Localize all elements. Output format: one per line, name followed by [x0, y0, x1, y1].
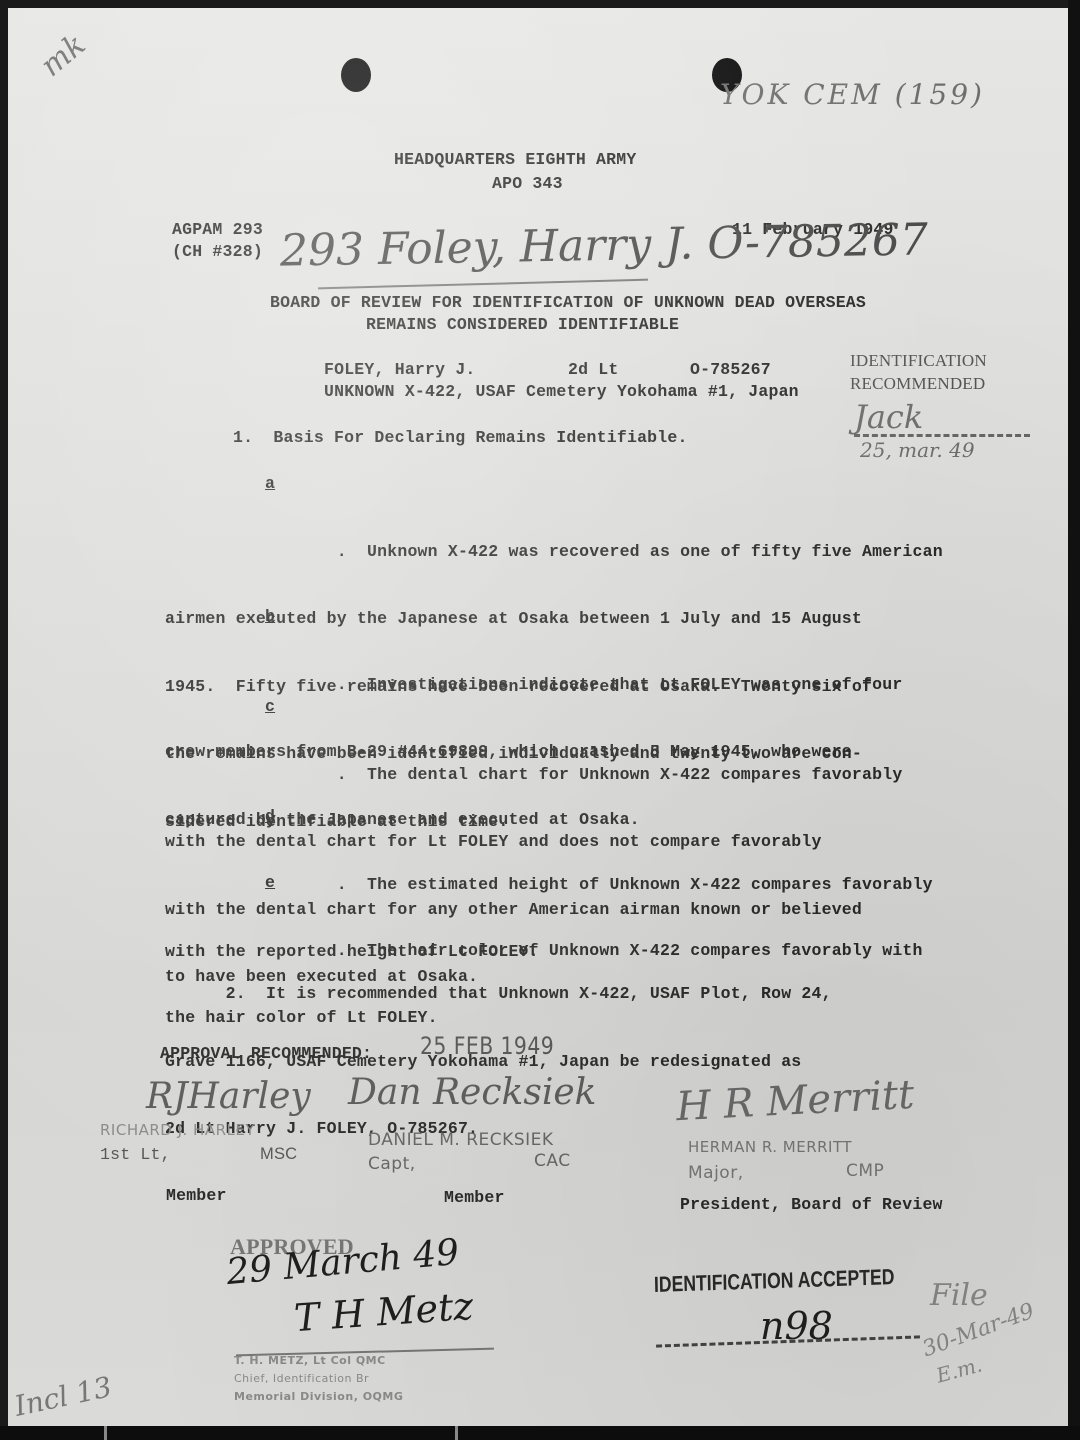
paragraph-e-label: e: [265, 872, 275, 895]
section-2-line: 2. It is recommended that Unknown X-422,…: [165, 983, 832, 1006]
subject-rank: 2d Lt: [568, 360, 619, 379]
approved-signature: T H Metz: [293, 1284, 475, 1340]
scan-border-bottom: [0, 1426, 1080, 1440]
signatory-3-role: President, Board of Review: [680, 1195, 943, 1214]
header-line1: HEADQUARTERS EIGHTH ARMY: [394, 150, 636, 169]
stamp-identification-accepted: IDENTIFICATION ACCEPTED: [654, 1264, 895, 1298]
signatory-2-rank: Capt,: [368, 1154, 416, 1174]
approver-line3: Memorial Division, OQMG: [234, 1390, 403, 1403]
section-1-heading: 1. Basis For Declaring Remains Identifia…: [233, 428, 688, 447]
board-title-line2: REMAINS CONSIDERED IDENTIFIABLE: [366, 315, 679, 334]
approval-date-stamp: 25 FEB 1949: [420, 1032, 554, 1060]
subject-serial: O-785267: [690, 360, 771, 379]
signatory-1-rank: 1st Lt,: [100, 1145, 171, 1164]
signatory-2-branch: CAC: [534, 1151, 571, 1171]
stamp-recommended-date: 25, mar. 49: [860, 438, 975, 462]
paragraph-b-label: b: [265, 606, 275, 629]
file-note-line3: E.m.: [934, 1352, 985, 1387]
signatory-1-branch: MSC: [260, 1145, 297, 1164]
file-note-line1: File: [930, 1278, 988, 1313]
paragraph-c-line: . The dental chart for Unknown X-422 com…: [165, 764, 902, 787]
signatory-3-rank: Major,: [688, 1163, 744, 1183]
annotation-top-left: mk: [34, 27, 92, 84]
punch-hole-left: [341, 58, 371, 92]
paragraph-b-line: . Investigations indicate that Lt FOLEY …: [165, 674, 902, 697]
subject-unknown-designation: UNKNOWN X-422, USAF Cemetery Yokohama #1…: [324, 382, 799, 401]
header-line2: APO 343: [492, 174, 563, 193]
handwritten-underline: [318, 279, 648, 290]
paragraph-a-line: . Unknown X-422 was recovered as one of …: [165, 541, 943, 564]
subject-name: FOLEY, Harry J.: [324, 360, 476, 379]
signatory-1-name: RICHARD J. HARLEY: [100, 1121, 255, 1139]
paragraph-d-label: d: [265, 806, 275, 829]
signatory-2-role: Member: [444, 1188, 505, 1207]
stamp-identification-recommended: IDENTIFICATION: [850, 351, 987, 371]
signature-recksiek: Dan Recksiek: [348, 1072, 596, 1113]
reference-change: (CH #328): [172, 242, 263, 261]
reference-code: AGPAM 293: [172, 220, 263, 239]
signatory-2-name: DANIEL M. RECKSIEK: [368, 1130, 554, 1150]
stamp-recommended-line: [854, 434, 1030, 437]
annotation-top-right: YOK CEM (159): [720, 78, 985, 111]
signature-harley: RJHarley: [146, 1076, 311, 1117]
paragraph-c-label: c: [265, 696, 275, 719]
stamp-recommended-initials: Jack: [854, 398, 923, 436]
board-title-line1: BOARD OF REVIEW FOR IDENTIFICATION OF UN…: [270, 293, 866, 312]
scan-border-right: [1068, 0, 1080, 1440]
approval-recommended-label: APPROVAL RECOMMENDED:: [160, 1044, 372, 1063]
document-page: mk YOK CEM (159) HEADQUARTERS EIGHTH ARM…: [8, 8, 1068, 1426]
signatory-3-branch: CMP: [846, 1161, 884, 1181]
annotation-handwritten-name: 293 Foley, Harry J. O-785267: [280, 214, 929, 276]
signatory-3-name: HERMAN R. MERRITT: [688, 1138, 852, 1156]
paragraph-a-label: a: [265, 473, 275, 496]
stamp-recommended: RECOMMENDED: [850, 374, 985, 394]
signatory-1-role: Member: [166, 1186, 227, 1205]
approver-line2: Chief, Identification Br: [234, 1372, 369, 1385]
approver-line1: T. H. METZ, Lt Col QMC: [234, 1354, 386, 1367]
annotation-inclosure: Incl 13: [12, 1370, 115, 1423]
